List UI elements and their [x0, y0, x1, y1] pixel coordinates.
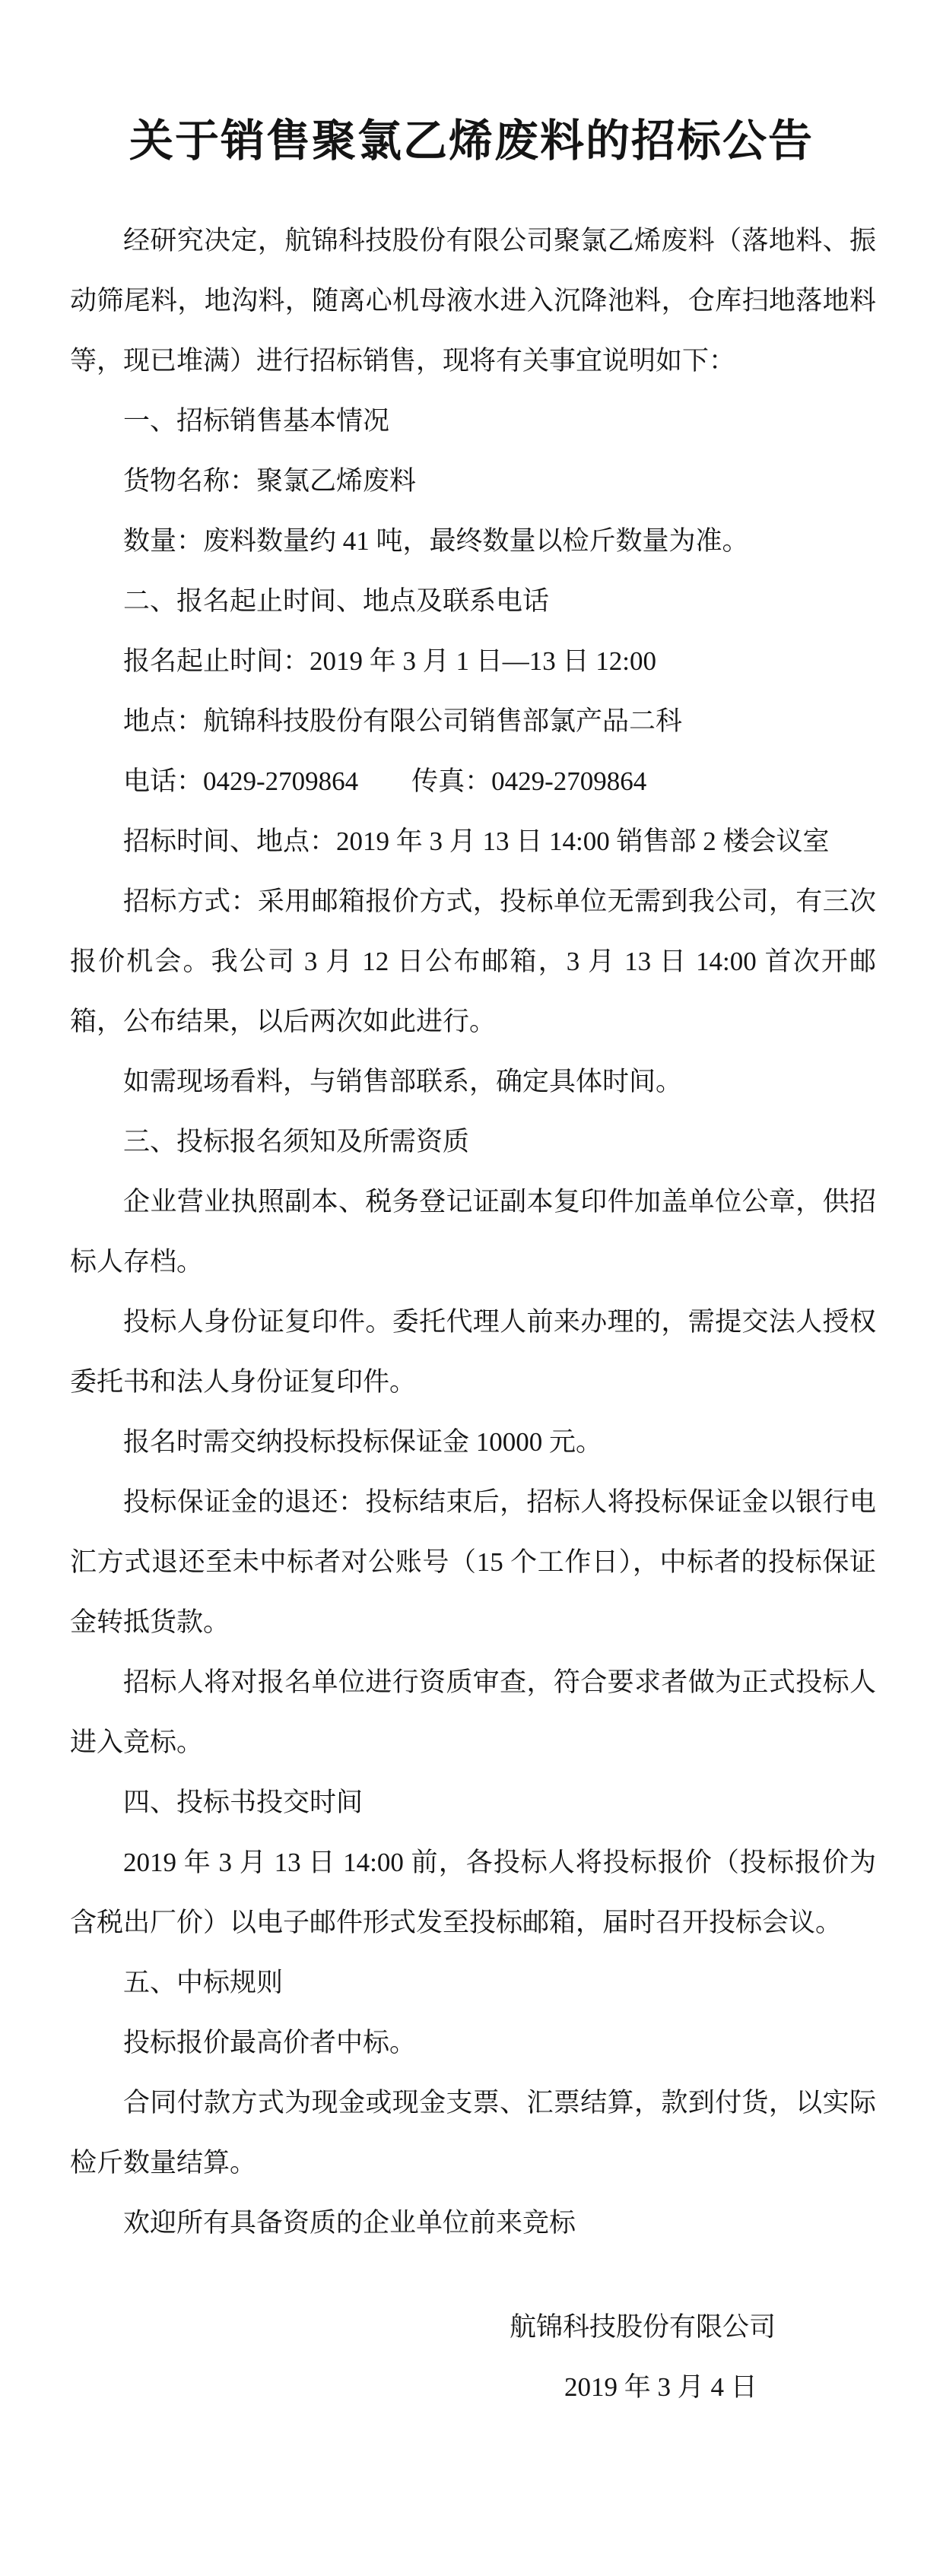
phone-fax-line: 电话：0429-2709864 传真：0429-2709864 [70, 751, 876, 811]
bid-time-location-line: 招标时间、地点：2019 年 3 月 13 日 14:00 销售部 2 楼会议室 [70, 811, 876, 871]
bid-submission-paragraph: 2019 年 3 月 13 日 14:00 前，各投标人将投标报价（投标报价为含… [70, 1832, 876, 1953]
site-visit-line: 如需现场看料，与销售部联系，确定具体时间。 [70, 1052, 876, 1112]
section-4-heading: 四、投标书投交时间 [70, 1772, 876, 1832]
issue-date-line: 2019 年 3 月 4 日 [70, 2357, 876, 2417]
document-page: 关于销售聚氯乙烯废料的招标公告 经研究决定，航锦科技股份有限公司聚氯乙烯废料（落… [0, 0, 943, 2576]
welcome-line: 欢迎所有具备资质的企业单位前来竞标 [70, 2193, 876, 2253]
registration-period-line: 报名起止时间：2019 年 3 月 1 日—13 日 12:00 [70, 631, 876, 691]
intro-paragraph: 经研究决定，航锦科技股份有限公司聚氯乙烯废料（落地料、振动筛尾料，地沟料，随离心… [70, 211, 876, 391]
company-name-line: 航锦科技股份有限公司 [70, 2297, 876, 2357]
document-body: 经研究决定，航锦科技股份有限公司聚氯乙烯废料（落地料、振动筛尾料，地沟料，随离心… [70, 211, 876, 2417]
quantity-line: 数量：废料数量约 41 吨，最终数量以检斤数量为准。 [70, 511, 876, 571]
section-5-heading: 五、中标规则 [70, 1953, 876, 2013]
payment-terms-paragraph: 合同付款方式为现金或现金支票、汇票结算，款到付货，以实际检斤数量结算。 [70, 2073, 876, 2193]
section-1-heading: 一、招标销售基本情况 [70, 391, 876, 451]
bid-deposit-line: 报名时需交纳投标投标保证金 10000 元。 [70, 1412, 876, 1472]
location-line: 地点：航锦科技股份有限公司销售部氯产品二科 [70, 691, 876, 751]
id-copy-paragraph: 投标人身份证复印件。委托代理人前来办理的，需提交法人授权委托书和法人身份证复印件… [70, 1292, 876, 1412]
section-3-heading: 三、投标报名须知及所需资质 [70, 1112, 876, 1172]
bid-method-paragraph: 招标方式：采用邮箱报价方式，投标单位无需到我公司，有三次报价机会。我公司 3 月… [70, 871, 876, 1052]
section-2-heading: 二、报名起止时间、地点及联系电话 [70, 571, 876, 631]
deposit-refund-paragraph: 投标保证金的退还：投标结束后，招标人将投标保证金以银行电汇方式退还至未中标者对公… [70, 1472, 876, 1652]
qualification-review-paragraph: 招标人将对报名单位进行资质审查，符合要求者做为正式投标人进入竞标。 [70, 1652, 876, 1772]
goods-name-line: 货物名称：聚氯乙烯废料 [70, 451, 876, 511]
award-rule-line: 投标报价最高价者中标。 [70, 2013, 876, 2073]
document-title: 关于销售聚氯乙烯废料的招标公告 [0, 0, 943, 165]
business-license-paragraph: 企业营业执照副本、税务登记证副本复印件加盖单位公章，供招标人存档。 [70, 1172, 876, 1292]
